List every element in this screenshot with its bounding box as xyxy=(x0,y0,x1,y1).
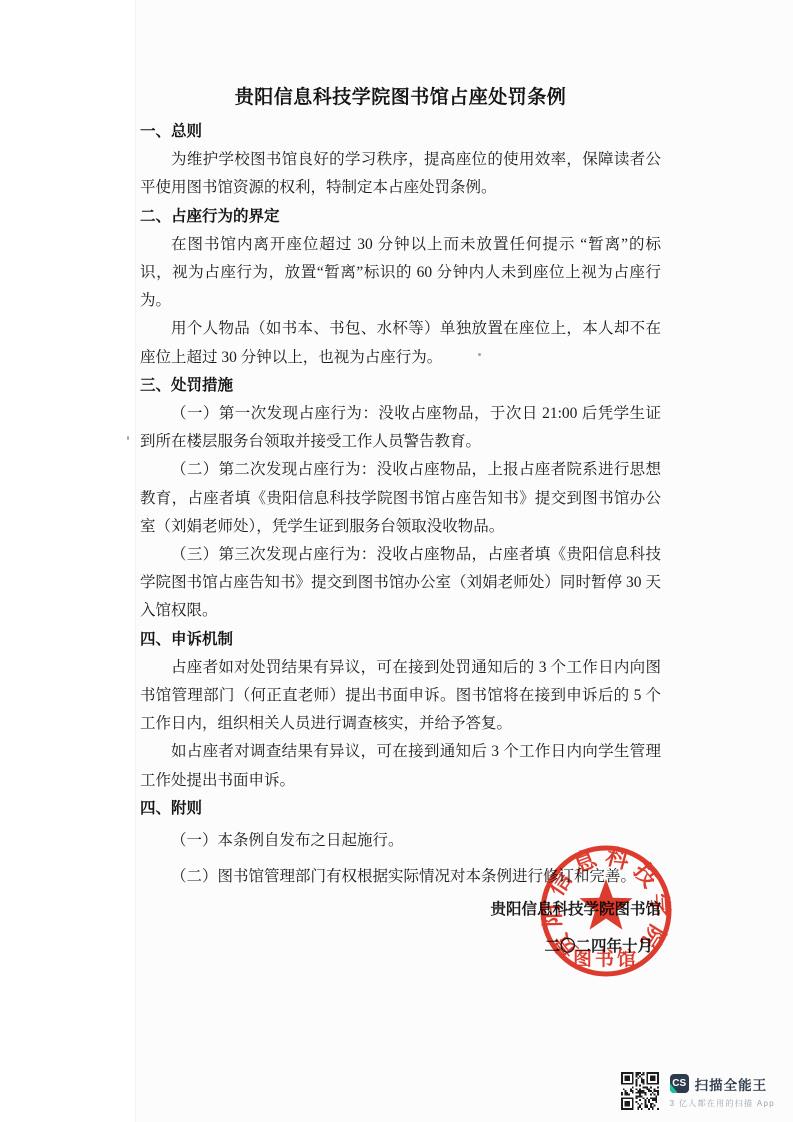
paragraph: 如占座者对调查结果有异议，可在接到通知后 3 个工作日内向学生管理工作处提出书面… xyxy=(140,738,661,794)
camscanner-logo-icon: CS xyxy=(670,1074,689,1093)
section-heading-appeal: 四、申诉机制 xyxy=(140,626,661,654)
paragraph: 为维护学校图书馆良好的学习秩序，提高座位的使用效率，保障读者公平使用图书馆资源的… xyxy=(140,146,661,202)
official-red-seal: 贵阳信息科技学院 图书馆 xyxy=(536,841,676,981)
scanned-document-page: 贵阳信息科技学院图书馆占座处罚条例 一、总则 为维护学校图书馆良好的学习秩序，提… xyxy=(0,0,793,1122)
qr-code xyxy=(621,1072,659,1110)
paragraph: 在图书馆内离开座位超过 30 分钟以上而未放置任何提示 “暂离”的标识，视为占座… xyxy=(140,231,661,316)
paragraph: （三）第三次发现占座行为：没收占座物品，占座者填《贵阳信息科技学院图书馆占座告知… xyxy=(140,541,661,626)
logo-letters: CS xyxy=(672,1078,686,1089)
paragraph: 占座者如对处罚结果有异议，可在接到处罚通知后的 3 个工作日内向图书馆管理部门（… xyxy=(140,654,661,739)
document-title: 贵阳信息科技学院图书馆占座处罚条例 xyxy=(140,84,661,112)
seal-bottom-text: 图书馆 xyxy=(573,947,639,970)
document-body: 贵阳信息科技学院图书馆占座处罚条例 一、总则 为维护学校图书馆良好的学习秩序，提… xyxy=(140,84,661,891)
scan-speck xyxy=(127,436,129,440)
section-heading-supplementary: 四、附则 xyxy=(140,795,661,823)
section-heading-definition: 二、占座行为的界定 xyxy=(140,203,661,231)
watermark-tagline: 3 亿人都在用的扫描 App xyxy=(670,1098,775,1109)
paragraph: （一）第一次发现占座行为：没收占座物品，于次日 21:00 后凭学生证到所在楼层… xyxy=(140,400,661,456)
section-heading-penalties: 三、处罚措施 xyxy=(140,372,661,400)
paragraph: 用个人物品（如书本、书包、水杯等）单独放置在座位上，本人却不在座位上超过 30 … xyxy=(140,315,661,371)
seal-star-icon xyxy=(579,879,632,930)
watermark-app-name: 扫描全能王 xyxy=(695,1074,768,1094)
scan-speck xyxy=(478,353,481,356)
section-heading-general: 一、总则 xyxy=(140,118,661,146)
camscanner-watermark: CS 扫描全能王 3 亿人都在用的扫描 App xyxy=(621,1072,775,1110)
paragraph: （二）第二次发现占座行为：没收占座物品，上报占座者院系进行思想教育，占座者填《贵… xyxy=(140,456,661,541)
